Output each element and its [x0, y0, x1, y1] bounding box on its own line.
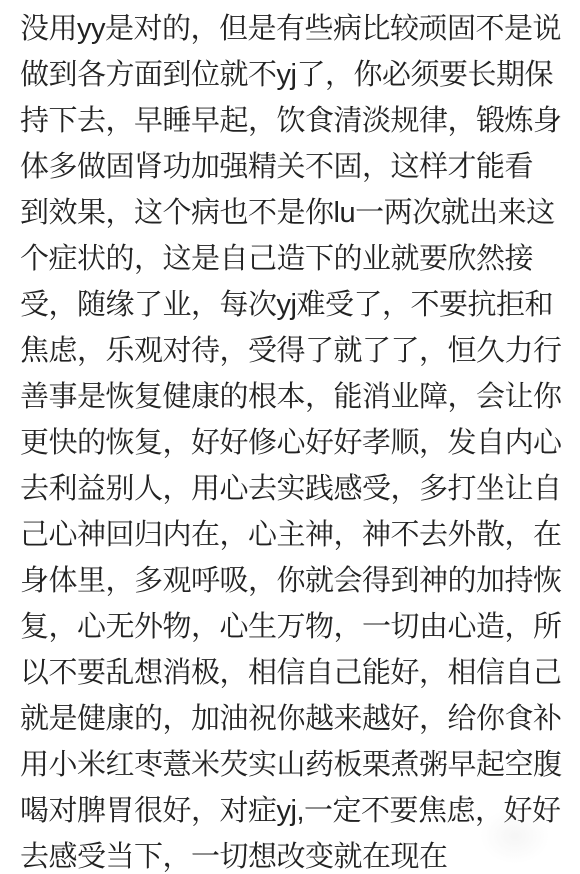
text-line: 体多做固肾功加强精关不固，这样才能看 [20, 144, 566, 190]
text-line: 去利益别人，用心去实践感受，多打坐让自 [20, 466, 566, 512]
text-line: 更快的恢复，好好修心好好孝顺，发自内心 [20, 420, 566, 466]
screenshot-root: 没用yy是对的，但是有些病比较顽固不是说做到各方面到位就不yj了，你必须要长期保… [0, 0, 580, 874]
text-line: 到效果，这个病也不是你lu一两次就出来这 [20, 190, 566, 236]
text-line: 就是健康的，加油祝你越来越好，给你食补 [20, 696, 566, 742]
text-line: 去感受当下，一切想改变就在现在 [20, 834, 566, 874]
text-line: 持下去，早睡早起，饮食清淡规律，锻炼身 [20, 98, 566, 144]
text-line: 喝对脾胃很好，对症yj,一定不要焦虑，好好 [20, 788, 566, 834]
text-line: 没用yy是对的，但是有些病比较顽固不是说 [20, 6, 566, 52]
text-line: 受，随缘了业，每次yj难受了，不要抗拒和 [20, 282, 566, 328]
text-line: 善事是恢复健康的根本，能消业障，会让你 [20, 374, 566, 420]
text-line: 个症状的，这是自己造下的业就要欣然接 [20, 236, 566, 282]
text-line: 做到各方面到位就不yj了，你必须要长期保 [20, 52, 566, 98]
text-block: 没用yy是对的，但是有些病比较顽固不是说做到各方面到位就不yj了，你必须要长期保… [20, 6, 566, 874]
text-line: 己心神回归内在，心主神，神不去外散，在 [20, 512, 566, 558]
text-line: 复，心无外物，心生万物，一切由心造，所 [20, 604, 566, 650]
text-line: 焦虑，乐观对待，受得了就了了，恒久力行 [20, 328, 566, 374]
text-line: 以不要乱想消极，相信自己能好，相信自己 [20, 650, 566, 696]
text-line: 用小米红枣薏米芡实山药板栗煮粥早起空腹 [20, 742, 566, 788]
text-line: 身体里，多观呼吸，你就会得到神的加持恢 [20, 558, 566, 604]
